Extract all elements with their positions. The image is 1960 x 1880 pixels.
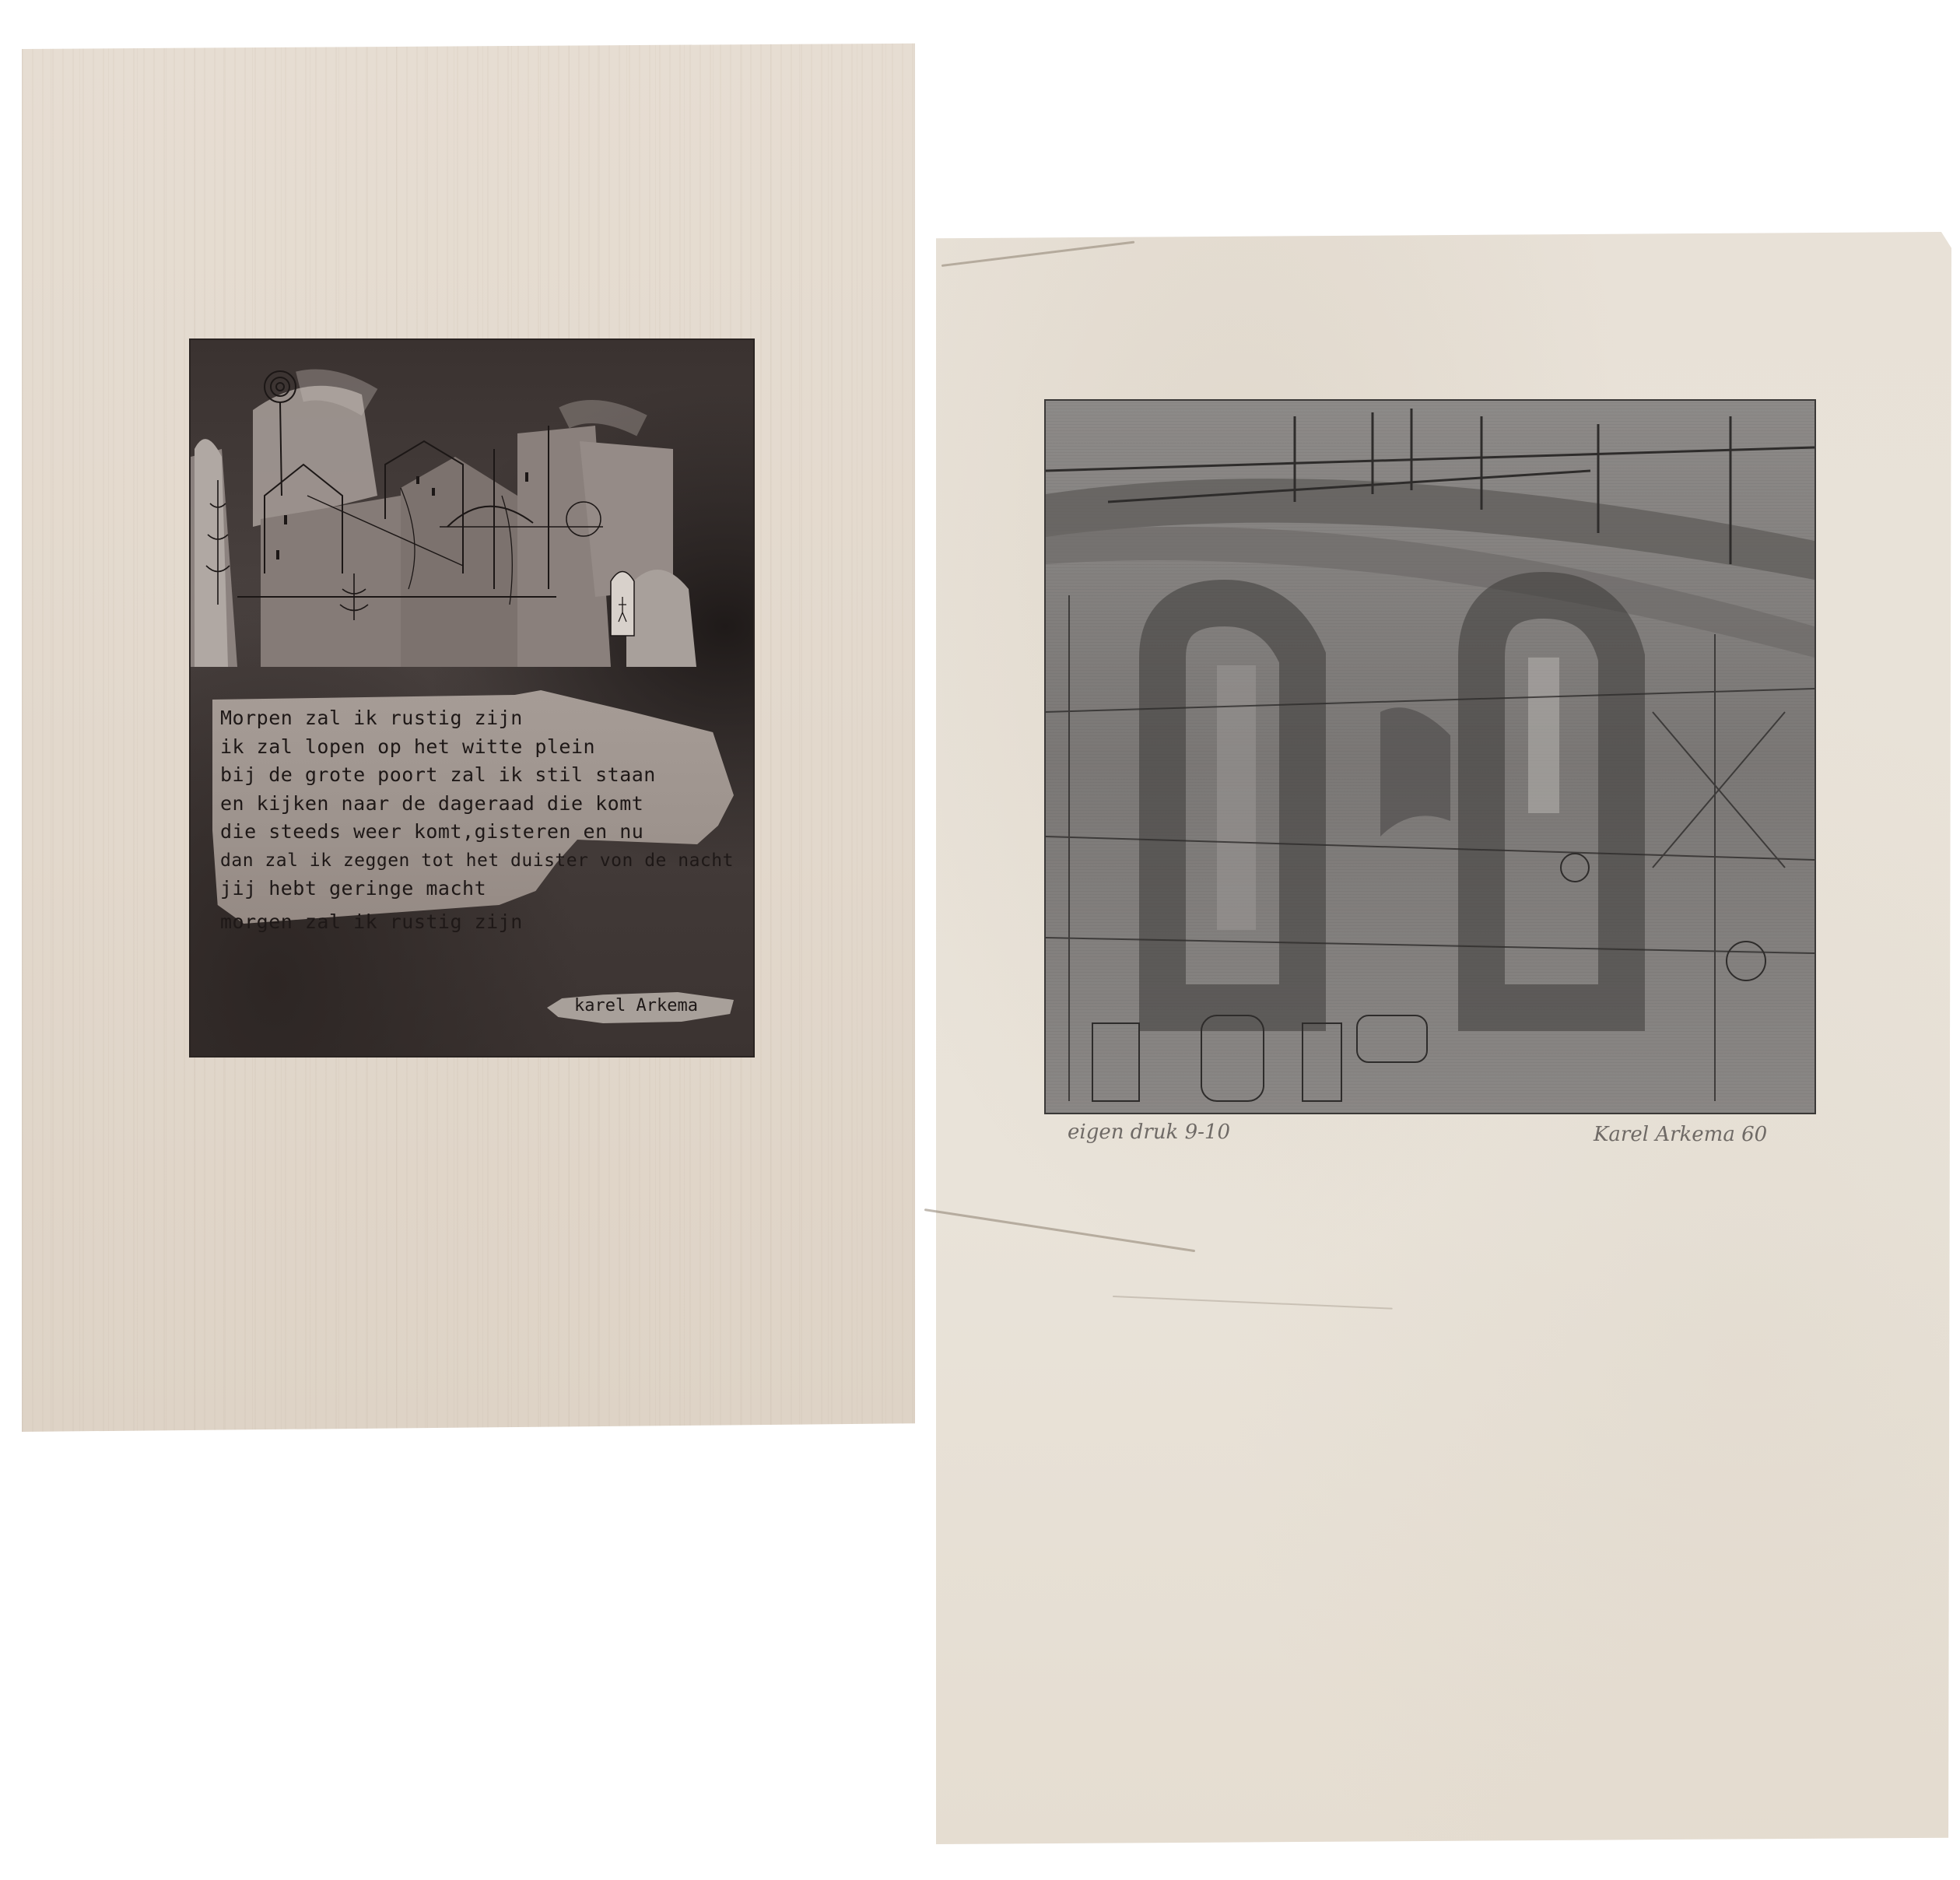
poem-line: Morpen zal ik rustig zijn — [220, 704, 734, 733]
poem-line: jij hebt geringe macht — [220, 875, 734, 903]
right-etching-plate — [1044, 399, 1816, 1114]
poem-line: en kijken naar de dageraad die komt — [220, 790, 734, 819]
right-print-signature: Karel Arkema 60 — [1594, 1123, 1767, 1146]
left-print-signature: karel Arkema — [574, 996, 698, 1015]
left-etching-plate — [189, 338, 755, 1057]
poem-line: die steeds weer komt,gisteren en nu — [220, 818, 734, 847]
town-scene-illustration — [191, 340, 753, 698]
poem-line: dan zal ik zeggen tot het duister von de… — [220, 847, 734, 875]
poem-line: ik zal lopen op het witte plein — [220, 733, 734, 762]
poem-line: bij de grote poort zal ik stil staan — [220, 761, 734, 790]
edition-inscription: eigen druk 9-10 — [1068, 1121, 1230, 1144]
poem-line: morgen zal ik rustig zijn — [220, 908, 734, 937]
bridge-arches-illustration — [1046, 401, 1814, 1113]
poem-text: Morpen zal ik rustig zijn ik zal lopen o… — [220, 704, 734, 936]
